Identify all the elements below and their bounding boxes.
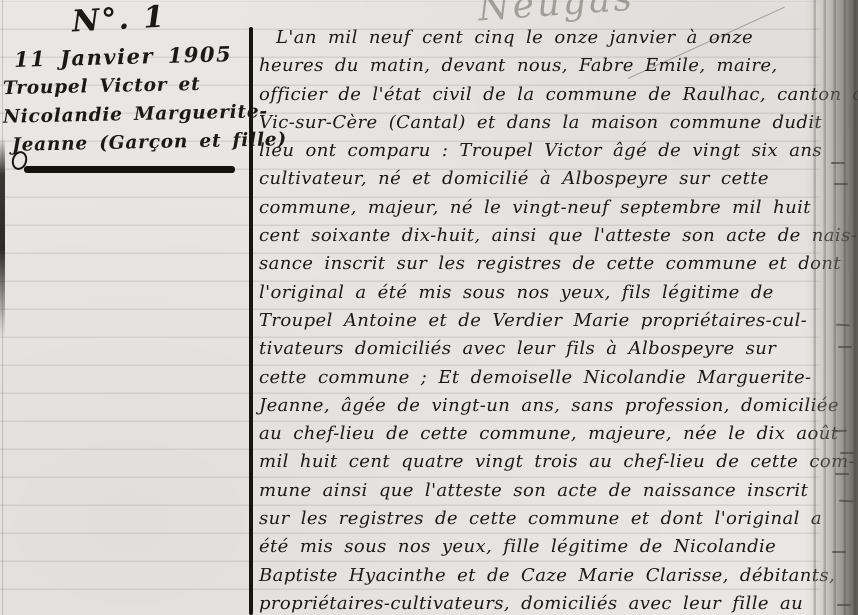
margin-names-line-2: Nicolandie Marguerite- [3,101,268,128]
margin-underline [24,166,235,173]
text-line: cette commune ; Et demoiselle Nicolandie… [259,364,819,392]
text-line: Jeanne, âgée de vingt-un ans, sans profe… [259,392,819,420]
text-line: mune ainsi que l'atteste son acte de nai… [259,477,819,505]
civil-registry-scan: Neugas N°. 1 11 Janvier 1905 Troupel Vic… [0,0,858,615]
text-line: cultivateur, né et domicilié à Albospeyr… [259,165,819,193]
text-line: heures du matin, devant nous, Fabre Emil… [259,52,819,80]
text-line: officier de l'état civil de la commune d… [259,81,819,109]
margin-column-rule [249,27,253,615]
text-line: sance inscrit sur les registres de cette… [259,250,819,278]
text-line: sur les registres de cette commune et do… [259,505,819,533]
text-line: Vic-sur-Cère (Cantal) et dans la maison … [259,109,819,137]
margin-column: N°. 1 11 Janvier 1905 Troupel Victor et … [0,0,250,615]
text-line: propriétaires-cultivateurs, domiciliés a… [259,590,819,615]
text-line: lieu ont comparu : Troupel Victor âgé de… [259,137,819,165]
text-line: l'original a été mis sous nos yeux, fils… [259,279,819,307]
margin-names-line-1: Troupel Victor et [3,74,201,99]
text-line: Troupel Antoine et de Verdier Marie prop… [259,307,819,335]
text-line: été mis sous nos yeux, fille légitime de… [259,533,819,561]
text-line: mil huit cent quatre vingt trois au chef… [259,448,819,476]
act-body-text: L'an mil neuf cent cinq le onze janvier … [259,24,819,615]
text-line: L'an mil neuf cent cinq le onze janvier … [259,24,819,52]
margin-names-line-3: Jeanne (Garçon et fille) [12,129,287,156]
binding-edge [806,0,858,615]
text-line: tivateurs domiciliés avec leur fils à Al… [259,335,819,363]
text-line: Baptiste Hyacinthe et de Caze Marie Clar… [259,562,819,590]
act-number: N°. 1 [71,0,167,39]
text-line: commune, majeur, né le vingt-neuf septem… [259,194,819,222]
text-line: cent soixante dix-huit, ainsi que l'atte… [259,222,819,250]
text-line: au chef-lieu de cette commune, majeure, … [259,420,819,448]
act-date: 11 Janvier 1905 [14,41,233,72]
